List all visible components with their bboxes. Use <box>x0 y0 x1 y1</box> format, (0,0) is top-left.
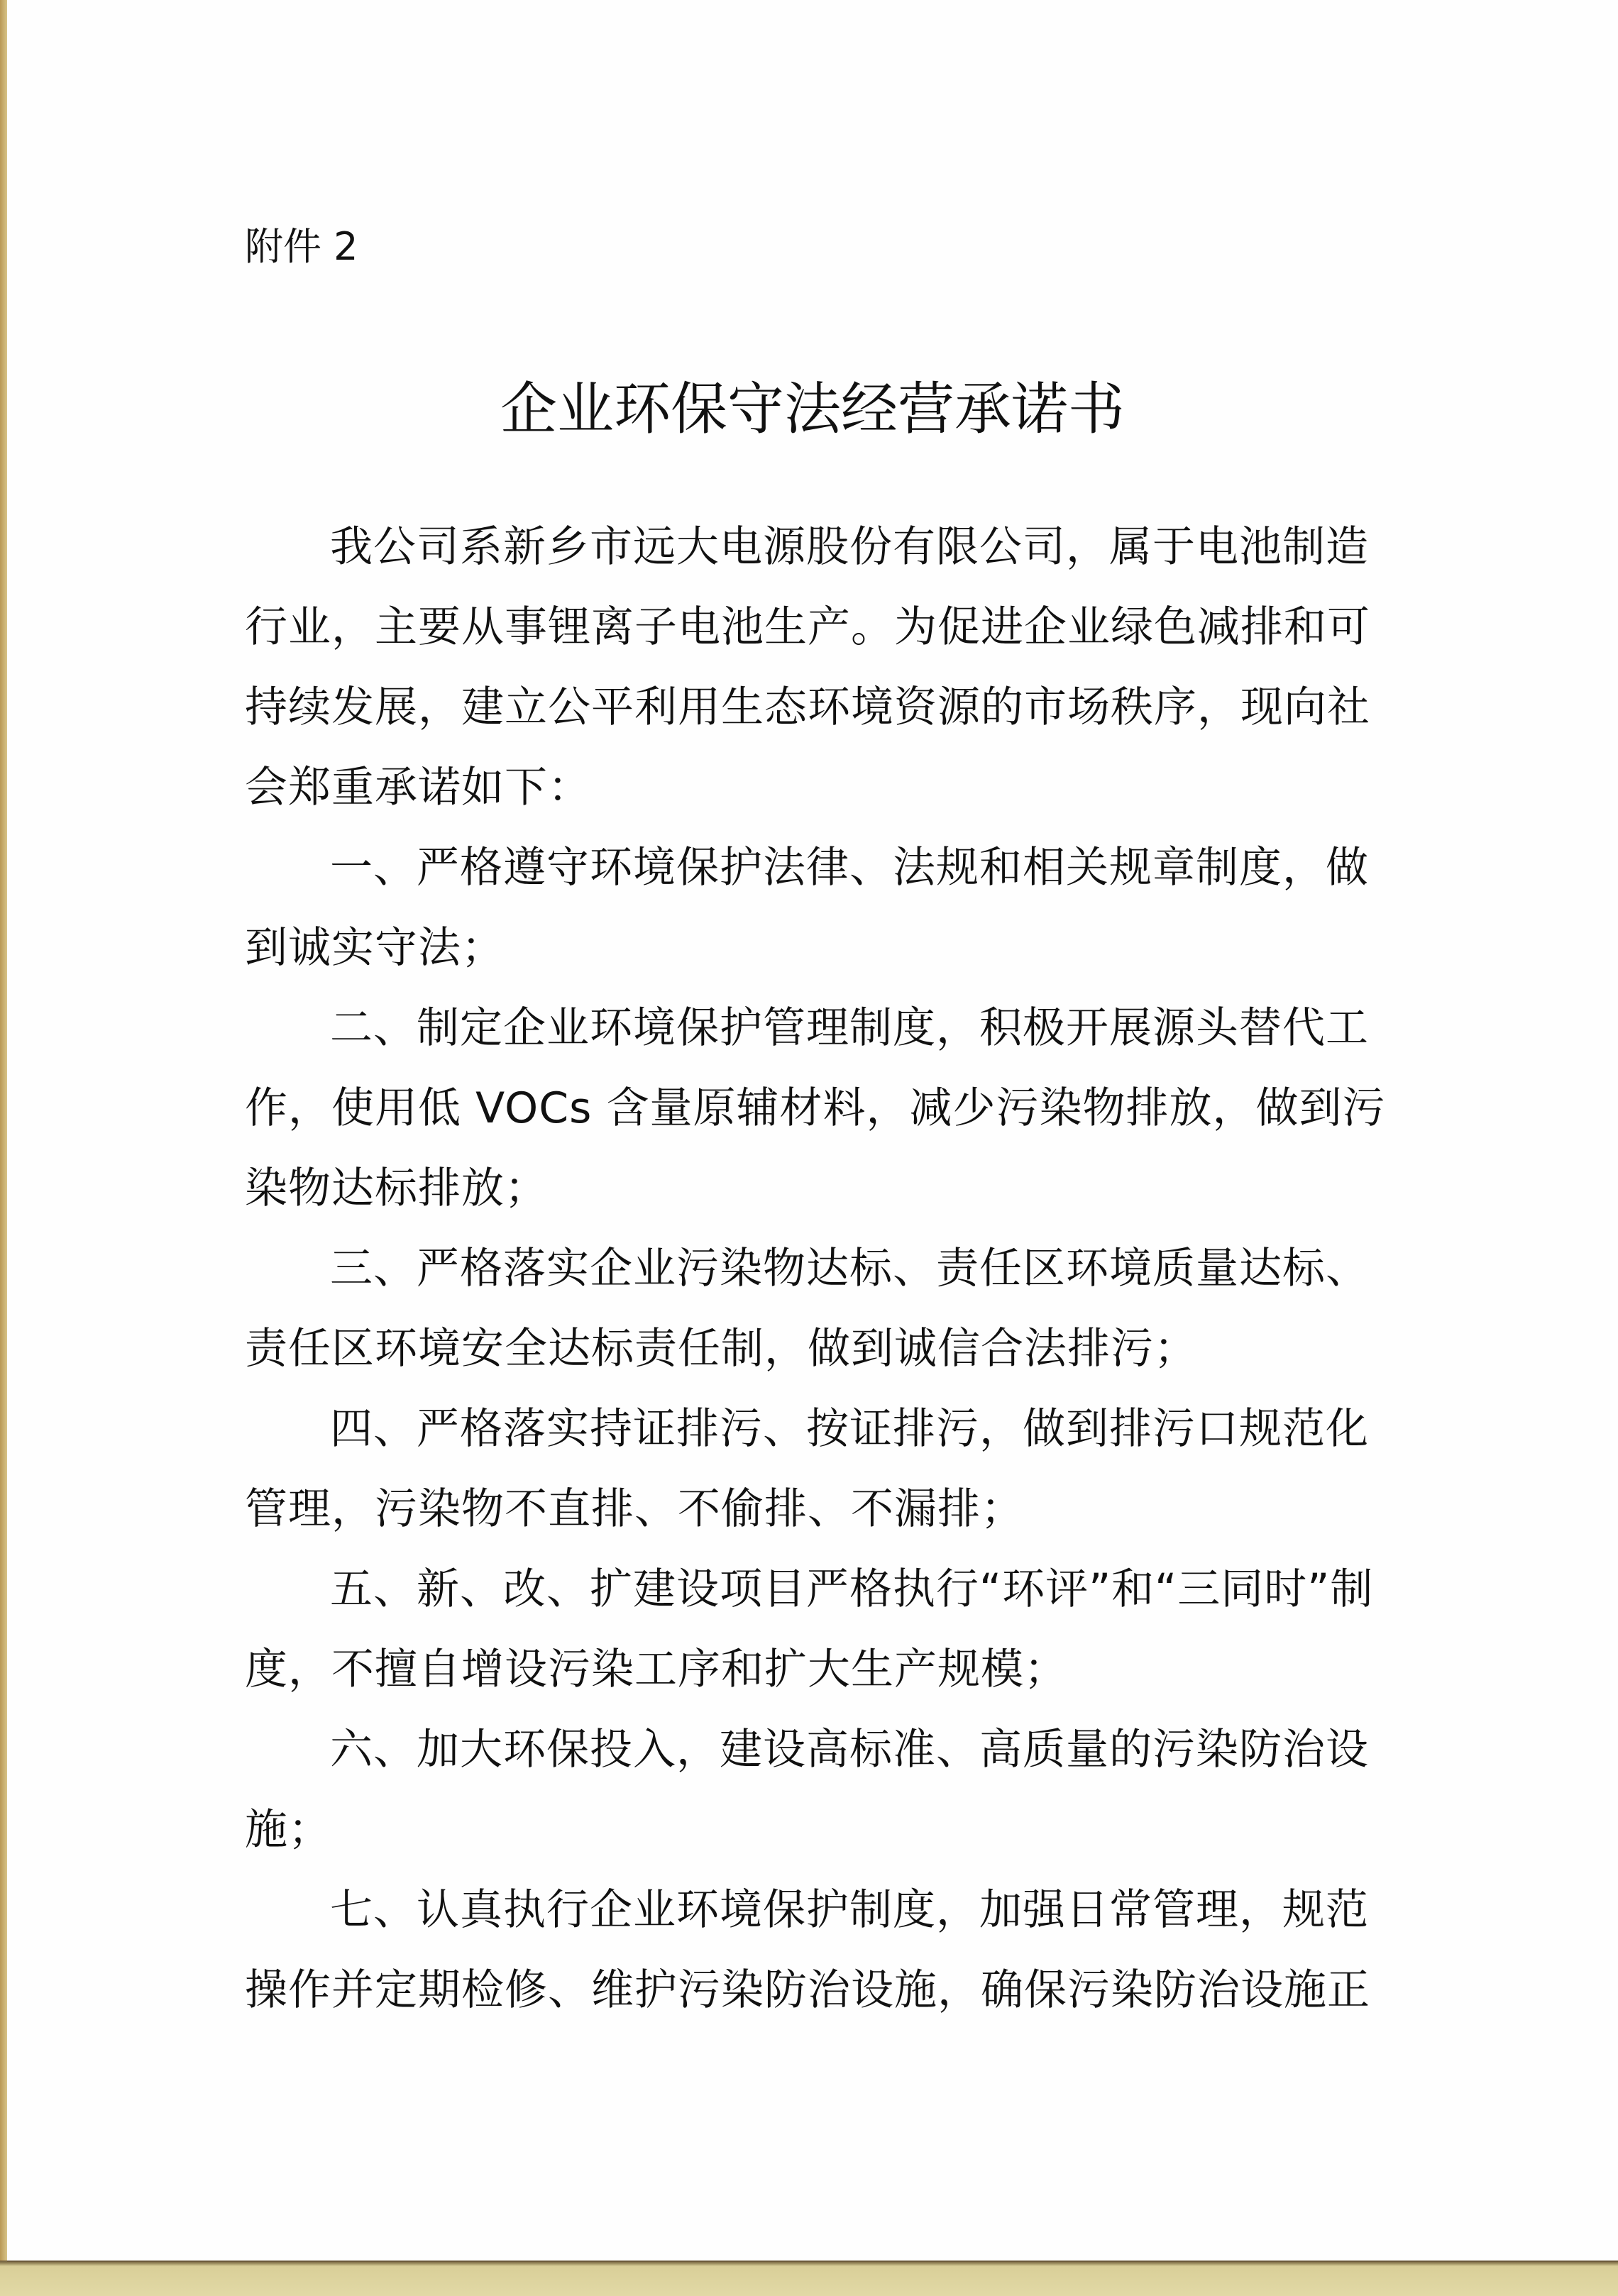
body-line-10: 三、严格落实企业污染物达标、责任区环境质量达标、 <box>245 1237 1380 1317</box>
body-line-12: 四、严格落实持证排污、按证排污，做到排污口规范化 <box>245 1397 1380 1477</box>
document-body: 我公司系新乡市远大电源股份有限公司，属于电池制造 行业，主要从事锂离子电池生产。… <box>245 515 1380 2038</box>
body-line-14: 五、新、改、扩建设项目严格执行“环评”和“三同时”制 <box>245 1557 1380 1638</box>
body-line-18: 七、认真执行企业环境保护制度，加强日常管理，规范 <box>245 1878 1380 1958</box>
body-line-16: 六、加大环保投入，建设高标准、高质量的污染防治设 <box>245 1718 1380 1798</box>
body-line-11: 责任区环境安全达标责任制，做到诚信合法排污； <box>245 1317 1380 1397</box>
body-line-4: 会郑重承诺如下： <box>245 756 1380 836</box>
body-line-1: 我公司系新乡市远大电源股份有限公司，属于电池制造 <box>245 515 1380 595</box>
document-title: 企业环保守法经营承诺书 <box>0 370 1618 448</box>
body-line-13: 管理，污染物不直排、不偷排、不漏排； <box>245 1477 1380 1557</box>
body-line-5: 一、严格遵守环境保护法律、法规和相关规章制度，做 <box>245 836 1380 916</box>
attachment-label: 附件 2 <box>245 219 358 275</box>
body-line-17: 施； <box>245 1798 1380 1878</box>
body-line-15: 度，不擅自增设污染工序和扩大生产规模； <box>245 1638 1380 1718</box>
scan-left-edge <box>0 0 7 2296</box>
body-line-2: 行业，主要从事锂离子电池生产。为促进企业绿色减排和可 <box>245 595 1380 675</box>
body-line-7: 二、制定企业环境保护管理制度，积极开展源头替代工 <box>245 996 1380 1076</box>
body-line-6: 到诚实守法； <box>245 916 1380 996</box>
body-line-9: 染物达标排放； <box>245 1157 1380 1237</box>
body-line-3: 持续发展，建立公平利用生态环境资源的市场秩序，现向社 <box>245 675 1380 756</box>
scan-bottom-edge <box>0 2261 1618 2296</box>
body-line-19: 操作并定期检修、维护污染防治设施，确保污染防治设施正 <box>245 1958 1380 2038</box>
body-line-8: 作，使用低 VOCs 含量原辅材料，减少污染物排放，做到污 <box>245 1076 1380 1157</box>
